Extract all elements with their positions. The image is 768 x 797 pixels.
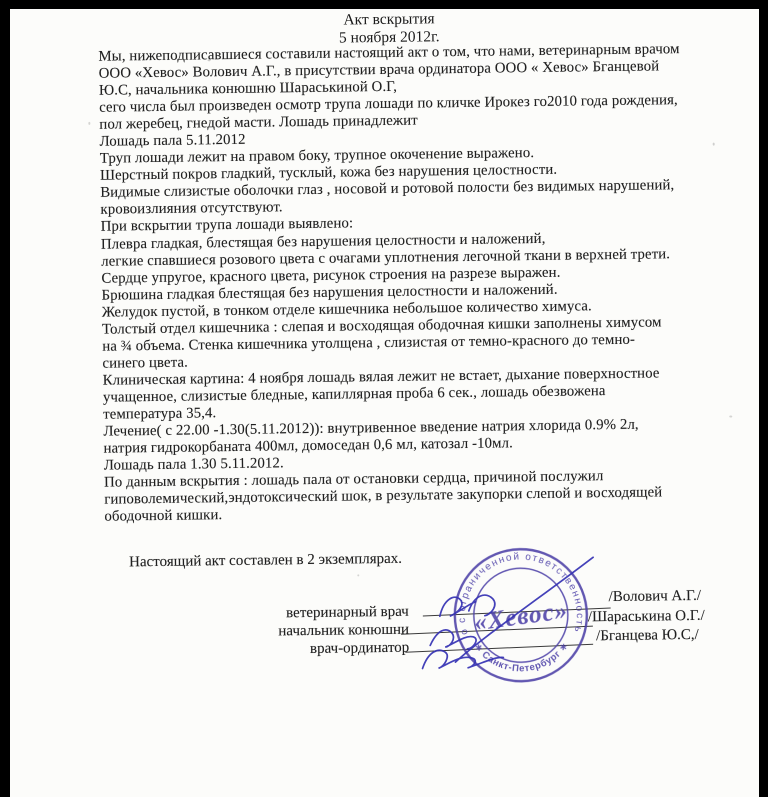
signature-scribble-bgantseva [422,649,503,668]
scan-speck [713,143,715,146]
scanned-document-page: { "doc": { "title": "Акт вскрытия", "dat… [0,0,768,797]
scan-speck [88,122,90,125]
closing-statement: Настоящий акт составлен в 2 экземплярах. [129,551,402,572]
scan-speck [208,59,211,61]
signature-role-vet: ветеринарный врач [243,604,409,623]
handwritten-signatures [402,542,634,685]
signature-scribble-volovich [440,595,495,616]
signature-role-ordinator: врач-ординатор [243,640,409,659]
signature-scribble-sharaskina [430,629,476,649]
scan-speck [729,415,732,417]
document-body: Мы, нижеподписавшиеся составили настоящи… [98,40,759,526]
document-content: Акт вскрытия 5 ноября 2012г. Мы, нижепод… [0,0,768,797]
scan-speck [357,574,359,576]
signature-role-stable-chief: начальник конюшни [243,622,409,641]
signature-flourish-stroke [454,557,594,662]
